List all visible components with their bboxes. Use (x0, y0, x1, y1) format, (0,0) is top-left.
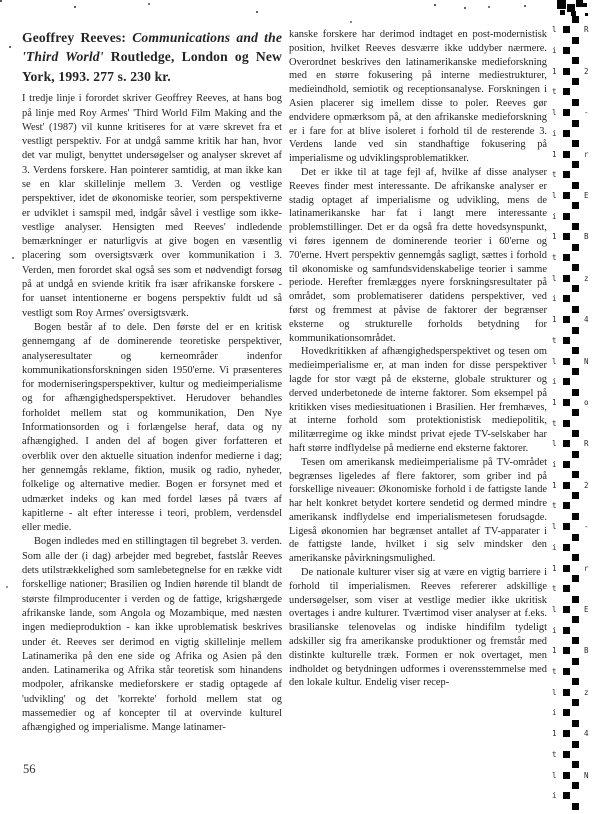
edge-letter-glyph: 2 (584, 67, 589, 76)
edge-tick-glyph: 1 (552, 481, 557, 490)
edge-square (563, 378, 570, 385)
edge-letter-glyph: 4 (584, 729, 589, 738)
edge-square (563, 171, 570, 178)
right-column: kanske forskere har derimod indtaget en … (289, 28, 547, 755)
edge-square (563, 689, 570, 696)
edge-letter-glyph: R (584, 25, 589, 34)
edge-square (572, 409, 579, 416)
edge-letter-glyph: - (584, 522, 589, 531)
edge-tick-glyph: 1 (552, 315, 557, 324)
edge-square (572, 513, 579, 520)
edge-square (563, 751, 570, 758)
edge-tick-glyph: t (552, 419, 557, 428)
edge-letter-glyph: E (584, 605, 589, 614)
body-paragraph: Tesen om amerikansk medieimperialisme på… (289, 456, 547, 566)
edge-square (572, 803, 579, 810)
edge-tick-glyph: i (552, 543, 557, 552)
edge-square (572, 596, 579, 603)
edge-square (572, 347, 579, 354)
edge-tick-glyph: t (552, 253, 557, 262)
edge-tick-glyph: i (552, 212, 557, 221)
edge-tick-glyph: i (552, 294, 557, 303)
edge-square (572, 120, 579, 127)
edge-letter-glyph: 2 (584, 481, 589, 490)
edge-square (572, 140, 579, 147)
edge-letter-glyph: - (584, 108, 589, 117)
scan-noise-dots (0, 0, 2, 2)
edge-square (572, 161, 579, 168)
edge-square (572, 534, 579, 541)
edge-square (563, 275, 570, 282)
edge-letter-glyph: r (584, 150, 589, 159)
edge-tick-glyph: l (552, 108, 557, 117)
edge-square (572, 389, 579, 396)
edge-square (563, 130, 570, 137)
edge-tick-glyph: i (552, 460, 557, 469)
edge-square (572, 244, 579, 251)
edge-tick-glyph: 1 (552, 232, 557, 241)
edge-square (563, 792, 570, 799)
scan-corner-artifact (583, 3, 587, 7)
edge-square (572, 637, 579, 644)
edge-square (572, 223, 579, 230)
edge-tick-glyph: t (552, 750, 557, 759)
edge-square (572, 430, 579, 437)
edge-square (572, 741, 579, 748)
edge-square (572, 264, 579, 271)
edge-square (572, 202, 579, 209)
edge-square (572, 451, 579, 458)
edge-tick-glyph: 1 (552, 564, 557, 573)
edge-square (572, 782, 579, 789)
edge-tick-glyph: 1 (552, 398, 557, 407)
edge-square (572, 327, 579, 334)
edge-letter-glyph: B (584, 646, 589, 655)
edge-letter-glyph: r (584, 564, 589, 573)
edge-tick-glyph: i (552, 377, 557, 386)
edge-tick-glyph: t (552, 667, 557, 676)
edge-square (563, 772, 570, 779)
edge-square (572, 554, 579, 561)
edge-square (563, 295, 570, 302)
edge-square (563, 26, 570, 33)
edge-square (563, 668, 570, 675)
edge-square (563, 47, 570, 54)
edge-letter-glyph: B (584, 232, 589, 241)
edge-square (563, 358, 570, 365)
edge-tick-glyph: t (552, 584, 557, 593)
body-paragraph: kanske forskere har derimod indtaget en … (289, 28, 547, 166)
edge-tick-glyph: 1 (552, 646, 557, 655)
edge-square (563, 399, 570, 406)
edge-tick-glyph: l (552, 522, 557, 531)
edge-tick-glyph: i (552, 626, 557, 635)
edge-tick-glyph: 1 (552, 150, 557, 159)
edge-square (563, 730, 570, 737)
page-number: 56 (23, 762, 36, 777)
body-paragraph: I tredje linje i forordet skriver Geoffr… (22, 92, 282, 321)
edge-square (572, 368, 579, 375)
edge-square (572, 37, 579, 44)
edge-tick-glyph: 1 (552, 729, 557, 738)
scan-corner-artifact (557, 0, 566, 9)
edge-square (563, 565, 570, 572)
body-paragraph: De nationale kulturer viser sig at være … (289, 566, 547, 690)
scan-corner-artifact (560, 10, 565, 15)
edge-square (563, 544, 570, 551)
edge-letter-glyph: N (584, 771, 589, 780)
edge-tick-glyph: l (552, 357, 557, 366)
edge-letter-glyph: z (584, 274, 589, 283)
edge-square (563, 627, 570, 634)
edge-letter-glyph: z (584, 688, 589, 697)
edge-square (563, 68, 570, 75)
edge-square (572, 492, 579, 499)
body-paragraph: Bogen består af to dele. Den første del … (22, 321, 282, 535)
edge-square (563, 88, 570, 95)
edge-square (563, 502, 570, 509)
edge-tick-glyph: i (552, 708, 557, 717)
edge-square (563, 213, 570, 220)
edge-square (563, 647, 570, 654)
edge-tick-glyph: l (552, 25, 557, 34)
edge-square (563, 585, 570, 592)
edge-square (572, 16, 579, 23)
edge-square (563, 709, 570, 716)
edge-tick-glyph: i (552, 46, 557, 55)
review-author: Geoffrey Reeves: (22, 30, 132, 45)
edge-square (563, 192, 570, 199)
edge-tick-glyph: i (552, 791, 557, 800)
edge-square (572, 720, 579, 727)
body-paragraph: Det er ikke til at tage fejl af, hvilke … (289, 166, 547, 345)
body-paragraph: Bogen indledes med en stillingtagen til … (22, 535, 282, 735)
edge-tick-glyph: t (552, 87, 557, 96)
edge-letter-glyph: N (584, 357, 589, 366)
edge-tick-glyph: l (552, 439, 557, 448)
edge-square (572, 658, 579, 665)
edge-square (563, 523, 570, 530)
edge-square (563, 233, 570, 240)
scan-corner-artifact (567, 4, 575, 12)
scan-corner-artifact (576, 0, 583, 7)
review-heading: Geoffrey Reeves: Communications and the … (22, 28, 282, 86)
edge-square (563, 606, 570, 613)
edge-square (572, 99, 579, 106)
edge-square (563, 151, 570, 158)
edge-square (572, 306, 579, 313)
edge-tick-glyph: l (552, 771, 557, 780)
edge-tick-glyph: l (552, 274, 557, 283)
edge-square (572, 471, 579, 478)
edge-square (572, 761, 579, 768)
edge-square (563, 461, 570, 468)
edge-square (563, 337, 570, 344)
edge-tick-glyph: l (552, 605, 557, 614)
edge-square (563, 316, 570, 323)
edge-tick-glyph: l (552, 191, 557, 200)
scanned-page: Geoffrey Reeves: Communications and the … (0, 0, 595, 814)
edge-square (572, 78, 579, 85)
edge-square (563, 420, 570, 427)
left-column: Geoffrey Reeves: Communications and the … (22, 28, 282, 762)
edge-letter-glyph: o (584, 398, 589, 407)
edge-letter-glyph: E (584, 191, 589, 200)
edge-square (572, 678, 579, 685)
edge-tick-glyph: l (552, 688, 557, 697)
edge-square (572, 699, 579, 706)
scan-corner-artifact (571, 11, 576, 16)
edge-letter-glyph: 4 (584, 315, 589, 324)
edge-tick-glyph: i (552, 129, 557, 138)
edge-square (563, 440, 570, 447)
edge-square (563, 254, 570, 261)
edge-tick-glyph: t (552, 336, 557, 345)
edge-tick-glyph: 1 (552, 67, 557, 76)
body-paragraph: Hovedkritikken af afhængighedsperspektiv… (289, 345, 547, 455)
edge-square (572, 182, 579, 189)
edge-letter-glyph: R (584, 439, 589, 448)
edge-square (563, 482, 570, 489)
edge-square (563, 109, 570, 116)
edge-square (572, 575, 579, 582)
edge-square (572, 285, 579, 292)
edge-square (572, 57, 579, 64)
edge-tick-glyph: t (552, 501, 557, 510)
scan-corner-artifact (585, 13, 588, 16)
edge-square (572, 616, 579, 623)
edge-tick-glyph: t (552, 170, 557, 179)
